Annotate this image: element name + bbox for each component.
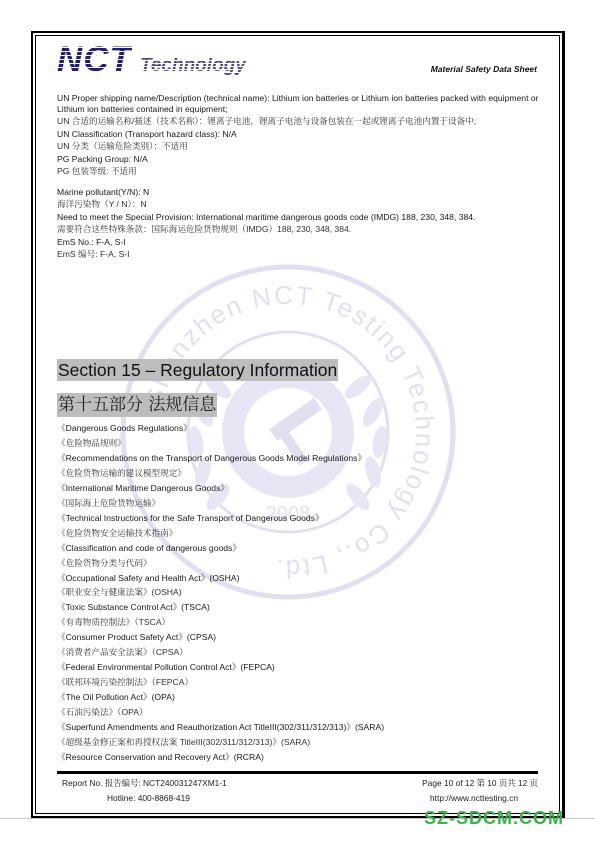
regulation-item: 《Resource Conservation and Recovery Act》… [57, 750, 541, 765]
regulation-item: 《The Oil Pollution Act》(OPA) [57, 690, 541, 705]
regulation-item: 《超级基金修正案和再授权法案 TitleIII(302/311/312/313)… [57, 735, 541, 750]
regulation-item: 《石油污染法》（OPA） [57, 705, 541, 720]
transport-info: UN Proper shipping name/Description (tec… [57, 93, 541, 260]
page-number: Page 10 of 12 第 10 页共 12 页 [422, 777, 538, 789]
marine-pollutant-zh: 海洋污染物（Y / N）：N [57, 199, 541, 210]
regulation-item: 《Recommendations on the Transport of Dan… [57, 451, 541, 466]
regulation-item: 《Consumer Product Safety Act》(CPSA) [57, 630, 541, 645]
regulation-item: 《Toxic Substance Control Act》(TSCA) [57, 600, 541, 615]
packing-group-zh: PG 包装等级: 不适用 [57, 166, 541, 177]
un-shipping-name-en: UN Proper shipping name/Description (tec… [57, 93, 541, 114]
regulation-item: 《Classification and code of dangerous go… [57, 541, 541, 556]
regulation-item: 《Superfund Amendments and Reauthorizatio… [57, 720, 541, 735]
regulation-item: 《Technical Instructions for the Safe Tra… [57, 511, 541, 526]
logo-nct: NCT [57, 40, 132, 80]
report-number: Report No. 报告编号: NCT240031247XM1-1 [62, 777, 227, 789]
regulation-item: 《Federal Environmental Pollution Control… [57, 660, 541, 675]
regulation-item: 《消费者产品安全法案》（CPSA） [57, 645, 541, 660]
regulations-list: 《Dangerous Goods Regulations》《危险物品规则》《Re… [57, 421, 541, 765]
document-header: NCT Technology Material Safety Data Shee… [57, 40, 537, 84]
packing-group-en: PG Packing Group: N/A [57, 154, 541, 165]
regulation-item: 《危险货物安全运输技术指南》 [57, 526, 541, 541]
footer-divider [57, 771, 538, 774]
ems-number-zh: EmS 编号: F-A, S-I [57, 249, 541, 260]
special-provision-zh: 需要符合这些特殊条款：国际海运危险货物规则（IMDG）188, 230, 348… [57, 224, 541, 235]
document-type: Material Safety Data Sheet [431, 64, 537, 74]
regulation-item: 《危险物品规则》 [57, 436, 541, 451]
logo-technology: Technology [140, 55, 246, 77]
company-logo: NCT Technology [57, 40, 246, 80]
regulation-item: 《Dangerous Goods Regulations》 [57, 421, 541, 436]
regulation-item: 《有毒物质控制法》（TSCA） [57, 615, 541, 630]
regulation-item: 《国际海上危险货物运输》 [57, 496, 541, 511]
section-title-en: Section 15 – Regulatory Information [57, 359, 338, 381]
un-classification-en: UN Classification (Transport hazard clas… [57, 129, 541, 140]
regulation-item: 《危险货物运输的建议模型规定》 [57, 466, 541, 481]
regulation-item: 《International Maritime Dangerous Goods》 [57, 481, 541, 496]
regulation-item: 《联邦环境污染控制法》（FEPCA） [57, 675, 541, 690]
un-classification-zh: UN 分类（运输危险类别）：不适用 [57, 141, 541, 152]
un-shipping-name-zh: UN 合适的运输名称/描述（技术名称）：锂离子电池，锂离子电池与设备包装在一起或… [57, 116, 541, 127]
site-watermark: SZ-SDCM.COM [424, 808, 564, 829]
regulation-item: 《职业安全与健康法案》(OSHA) [57, 585, 541, 600]
special-provision-en: Need to meet the Special Provision: Inte… [57, 212, 541, 223]
marine-pollutant-en: Marine pollutant(Y/N): N [57, 187, 541, 198]
regulation-item: 《Occupational Safety and Health Act》(OSH… [57, 571, 541, 586]
ems-number-en: EmS No.: F-A, S-I [57, 237, 541, 248]
hotline: Hotline: 400-8868-419 [107, 793, 190, 803]
section-title-zh: 第十五部分 法规信息 [57, 393, 217, 417]
regulation-item: 《危险货物分类与代码》 [57, 556, 541, 571]
website-link[interactable]: http://www.ncttesting.cn [430, 793, 518, 803]
